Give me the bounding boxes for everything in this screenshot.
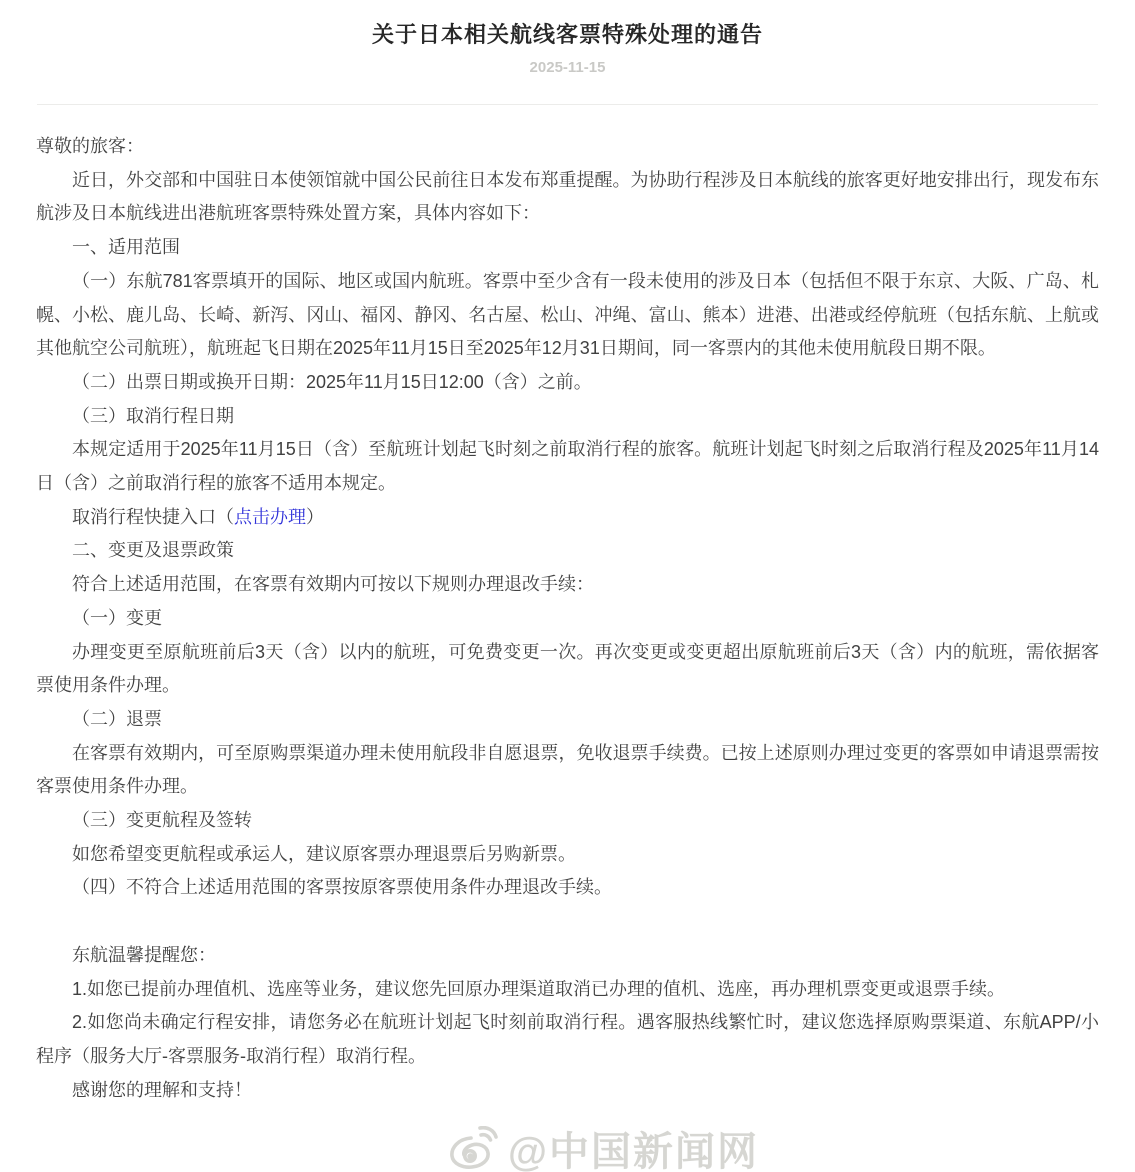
section-2-intro: 符合上述适用范围，在客票有效期内可按以下规则办理退改手续： [36,568,1099,602]
closing-thanks: 感谢您的理解和支持！ [36,1074,1099,1108]
section-2-item-2-heading: （二）退票 [36,703,1099,737]
reminder-heading: 东航温馨提醒您： [36,939,1099,973]
section-1-item-3: （三）取消行程日期 [36,400,1099,434]
notice-body: 尊敬的旅客： 近日，外交部和中国驻日本使领馆就中国公民前往日本发布郑重提醒。为协… [0,130,1135,1107]
section-2-item-1-heading: （一）变更 [36,602,1099,636]
refund-policy: 在客票有效期内，可至原购票渠道办理未使用航段非自愿退票，免收退票手续费。已按上述… [36,737,1099,804]
section-2-item-3-heading: （三）变更航程及签转 [36,804,1099,838]
intro-paragraph: 近日，外交部和中国驻日本使领馆就中国公民前往日本发布郑重提醒。为协助行程涉及日本… [36,164,1099,231]
blank-line [36,905,1099,939]
weibo-icon [448,1126,500,1172]
reminder-item-1: 1.如您已提前办理值机、选座等业务，建议您先回原办理渠道取消已办理的值机、选座，… [36,973,1099,1007]
reminder-item-2: 2.如您尚未确定行程安排，请您务必在航班计划起飞时刻前取消行程。遇客服热线繁忙时… [36,1006,1099,1073]
section-1-item-2: （二）出票日期或换开日期：2025年11月15日12:00（含）之前。 [36,366,1099,400]
cancel-date-rule: 本规定适用于2025年11月15日（含）至航班计划起飞时刻之前取消行程的旅客。航… [36,433,1099,500]
watermark: @中国新闻网 [448,1120,759,1172]
section-1-heading: 一、适用范围 [36,231,1099,265]
watermark-text: @中国新闻网 [508,1120,759,1172]
cancel-entry-line: 取消行程快捷入口（点击办理） [36,501,1099,535]
header-divider [37,104,1098,105]
cancel-entry-suffix: ） [306,507,324,527]
cancel-entry-prefix: 取消行程快捷入口（ [72,507,234,527]
salutation: 尊敬的旅客： [36,130,1099,164]
publish-date: 2025-11-15 [0,58,1135,78]
reroute-policy: 如您希望变更航程或承运人，建议原客票办理退票后另购新票。 [36,838,1099,872]
page-title: 关于日本相关航线客票特殊处理的通告 [0,20,1135,50]
section-2-heading: 二、变更及退票政策 [36,534,1099,568]
change-policy: 办理变更至原航班前后3天（含）以内的航班，可免费变更一次。再次变更或变更超出原航… [36,636,1099,703]
document-header: 关于日本相关航线客票特殊处理的通告 2025-11-15 [0,0,1135,78]
cancel-trip-link[interactable]: 点击办理 [234,507,306,527]
section-1-item-1: （一）东航781客票填开的国际、地区或国内航班。客票中至少含有一段未使用的涉及日… [36,265,1099,366]
section-2-item-4: （四）不符合上述适用范围的客票按原客票使用条件办理退改手续。 [36,871,1099,905]
